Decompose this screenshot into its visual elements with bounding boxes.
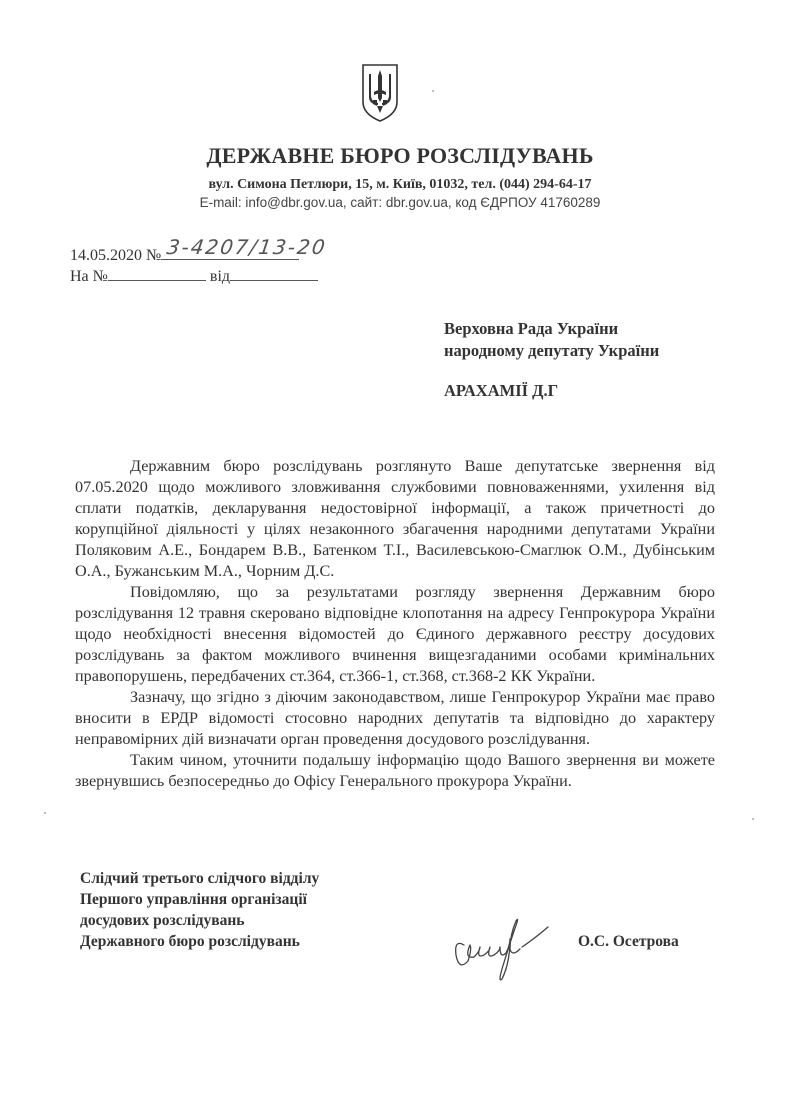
body-paragraph-1: Державним бюро розслідувань розглянуто В… xyxy=(75,456,715,582)
signer-position-line-2: Першого управління організації xyxy=(80,889,319,910)
reply-number-field xyxy=(108,266,206,281)
signer-position: Слідчий третього слідчого відділу Першог… xyxy=(80,868,319,952)
reply-reference-line: На № від xyxy=(70,266,318,286)
reply-date-field xyxy=(230,266,318,281)
body-paragraph-2: Повідомляю, що за результатами розгляду … xyxy=(75,582,715,687)
outgoing-number-field: 3-4207/13-20 xyxy=(161,243,299,260)
org-contacts: E-mail: info@dbr.gov.ua, сайт: dbr.gov.u… xyxy=(0,195,800,210)
org-title: ДЕРЖАВНЕ БЮРО РОЗСЛІДУВАНЬ xyxy=(0,143,800,169)
signer-position-line-4: Державного бюро розслідувань xyxy=(80,931,319,952)
letter-body: Державним бюро розслідувань розглянуто В… xyxy=(75,456,715,792)
letter-date: 14.05.2020 xyxy=(70,247,142,264)
scan-artifact xyxy=(44,812,46,814)
signer-position-line-3: досудових розслідувань xyxy=(80,910,319,931)
outgoing-number: 3-4207/13-20 xyxy=(166,235,329,259)
body-paragraph-4: Таким чином, уточнити подальшу інформаці… xyxy=(75,750,715,792)
trident-coat-of-arms-icon xyxy=(360,62,400,124)
signer-position-line-1: Слідчий третього слідчого відділу xyxy=(80,868,319,889)
reply-number-label: На № xyxy=(70,268,108,285)
body-paragraph-3: Зазначу, що згідно з діючим законодавств… xyxy=(75,687,715,750)
addressee-name: АРАХАМІЇ Д.Г xyxy=(444,381,558,401)
org-address: вул. Симона Петлюри, 15, м. Київ, 01032,… xyxy=(0,177,800,193)
scan-artifact xyxy=(432,90,434,92)
signer-name: О.С. Осетрова xyxy=(578,933,679,951)
scan-artifact xyxy=(752,818,754,820)
recipient-line-2: народному депутату України xyxy=(444,340,659,362)
reply-from-label: від xyxy=(210,268,230,285)
handwritten-signature-icon xyxy=(450,905,560,985)
number-label: № xyxy=(146,247,161,264)
registration-line: 14.05.2020 №3-4207/13-20 xyxy=(70,243,299,265)
recipient-line-1: Верховна Рада України xyxy=(444,318,659,340)
recipient-block: Верховна Рада України народному депутату… xyxy=(444,318,659,362)
